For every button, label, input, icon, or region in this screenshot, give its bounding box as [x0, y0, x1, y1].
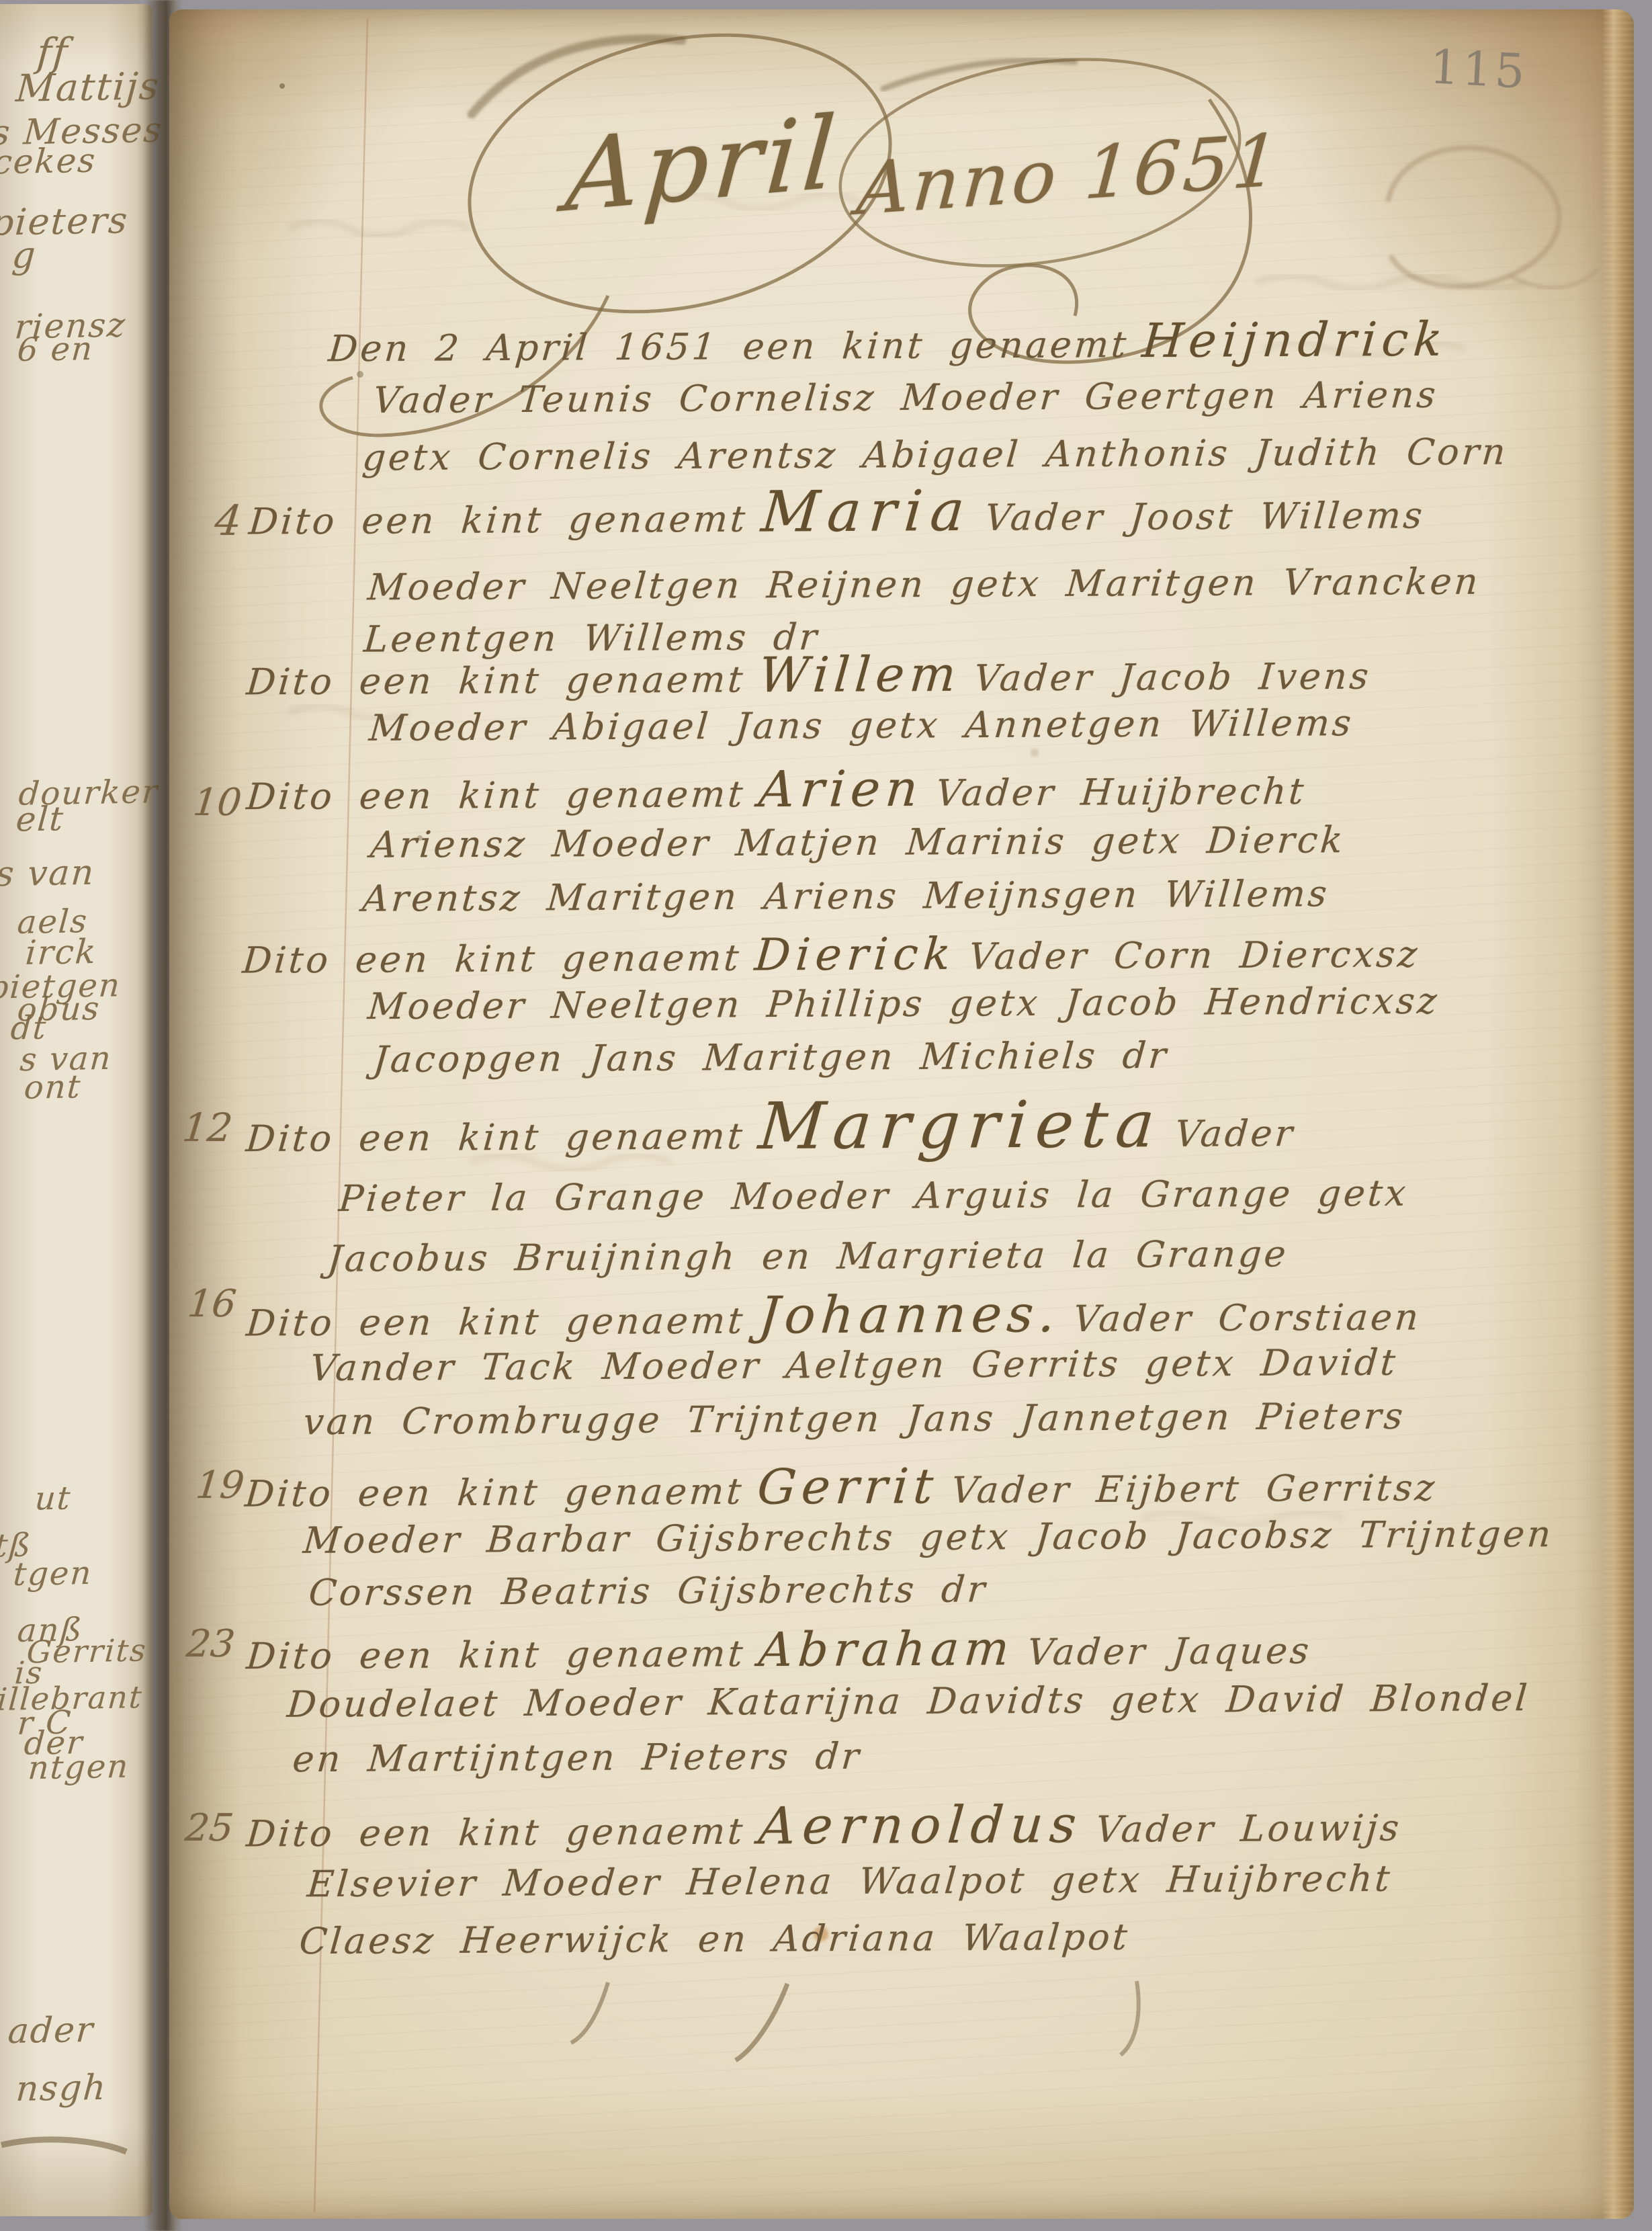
entry-day-number: 23 [185, 1622, 237, 1666]
entry-line: Elsevier Moeder Helena Waalpot getx Huij… [306, 1857, 1394, 1905]
entry-text: Dito een kint genaemt [243, 1470, 745, 1515]
entry-line: Moeder Barbar Gijsbrechts getx Jacob Jac… [302, 1513, 1555, 1562]
entry-line: Jacobus Bruijningh en Margrieta la Grang… [326, 1232, 1290, 1279]
entry-text: Vader Jacob Ivens [972, 655, 1373, 700]
child-name: Gerrit [755, 1458, 941, 1515]
left-page-text-fragment: tgen [12, 1554, 93, 1593]
entry-line: Vader Teunis Cornelisz Moeder Geertgen A… [372, 374, 1440, 421]
left-page-text-fragment: s van [0, 853, 96, 895]
entry-day-number: 25 [183, 1806, 236, 1850]
entry-day-number: 10 [191, 781, 244, 825]
entry-line: en Martijntgen Pieters dr [291, 1735, 863, 1780]
child-name: Arien [756, 760, 925, 818]
title-month: April [562, 95, 843, 235]
entry-day-number: 12 [180, 1105, 234, 1150]
left-page-text-fragment: ader [7, 2010, 95, 2052]
entry-line: getx Cornelis Arentsz Abigael Anthonis J… [361, 431, 1510, 479]
entry-text: Dito een kint genaemt [245, 773, 747, 818]
entry-text: Vader Louwijs [1094, 1807, 1403, 1851]
entry-line: Doudelaet Moeder Katarijna Davidts getx … [286, 1677, 1531, 1726]
child-name: Willem [756, 646, 963, 704]
entry-line: Moeder Neeltgen Reijnen getx Maritgen Vr… [366, 560, 1482, 609]
entry-text: Vader [1173, 1112, 1297, 1155]
entry-text: Vader Joost Willems [984, 494, 1427, 538]
entry-text: Dito een kint genaemt [245, 1632, 747, 1677]
folio-number: 115 [1428, 39, 1529, 99]
entry-text: Vader Jaques [1026, 1630, 1313, 1673]
entry-line: van Crombrugge Trijntgen Jans Jannetgen … [302, 1395, 1407, 1443]
entry-text: Dito een kint genaemt [245, 658, 747, 703]
left-page-text-fragment: Gerrits [26, 1632, 148, 1670]
left-page-text-fragment: ntgen [27, 1748, 130, 1787]
entry-text: Dito een kint genaemt [241, 937, 743, 982]
left-page-text-fragment: 6 en [16, 330, 95, 369]
entry-text: Dito een kint genaemt [245, 1300, 746, 1345]
entry-line: Ariensz Moeder Matjen Marinis getx Dierc… [369, 818, 1347, 866]
left-page-text-fragment: Mattijs [15, 65, 162, 111]
entry-text: Vader Huijbrecht [934, 770, 1308, 814]
left-page-text-fragment: ont [23, 1068, 83, 1106]
entry-day-number: 16 [186, 1282, 238, 1326]
child-name: Margrieta [756, 1087, 1166, 1164]
entry-day-number: 4 [212, 496, 244, 545]
manuscript-photo: ff Mattijs s Messes cekes pieters g rien… [0, 0, 1652, 2231]
left-page-text-fragment: elt [15, 799, 66, 839]
entry-text: Dito een kint genaemt [247, 498, 749, 543]
entry-line: Vander Tack Moeder Aeltgen Gerrits getx … [308, 1341, 1399, 1389]
entry-line: Pieter la Grange Moeder Arguis la Grange… [337, 1172, 1410, 1220]
entry-line: Arentsz Maritgen Ariens Meijnsgen Willem… [361, 872, 1331, 920]
entry-text: Dito een kint genaemt [245, 1115, 746, 1160]
entry-line: Claesz Heerwijck en Adriana Waalpot [298, 1916, 1131, 1962]
entry-text: Vader Eijbert Gerritsz [950, 1466, 1439, 1511]
child-name: Dierick [753, 928, 958, 981]
left-page-text-fragment: irck [24, 932, 98, 972]
entry-text: Vader Corstiaen [1072, 1296, 1422, 1340]
entry-line: Moeder Abigael Jans getx Annetgen Willem… [367, 702, 1355, 749]
entry-line: Moeder Neeltgen Phillips getx Jacob Hend… [366, 980, 1441, 1027]
child-name: Maria [759, 478, 975, 545]
left-page-text-fragment: nsgh [15, 2068, 108, 2109]
child-name: Aernoldus [756, 1794, 1085, 1856]
child-name: Heijndrick [1140, 312, 1450, 368]
entry-text: Den 2 April 1651 een kint genaemt [327, 323, 1131, 370]
child-name: Abraham [756, 1621, 1016, 1677]
facing-page-edge: ff Mattijs s Messes cekes pieters g rien… [0, 4, 152, 2216]
entry-text: Vader Corn Diercxsz [967, 933, 1422, 978]
left-page-text-fragment: g [11, 234, 38, 277]
page-fore-edge [1603, 9, 1634, 2219]
entry-line: Corssen Beatris Gijsbrechts dr [307, 1568, 989, 1613]
entry-text: Dito een kint genaemt [245, 1810, 746, 1855]
child-name: Johannes. [756, 1283, 1063, 1345]
entry-day-number: 19 [194, 1464, 247, 1507]
left-page-text-fragment: ut [34, 1480, 73, 1518]
left-page-text-fragment: cekes [0, 141, 97, 182]
entry-line: Jacopgen Jans Maritgen Michiels dr [372, 1034, 1170, 1081]
